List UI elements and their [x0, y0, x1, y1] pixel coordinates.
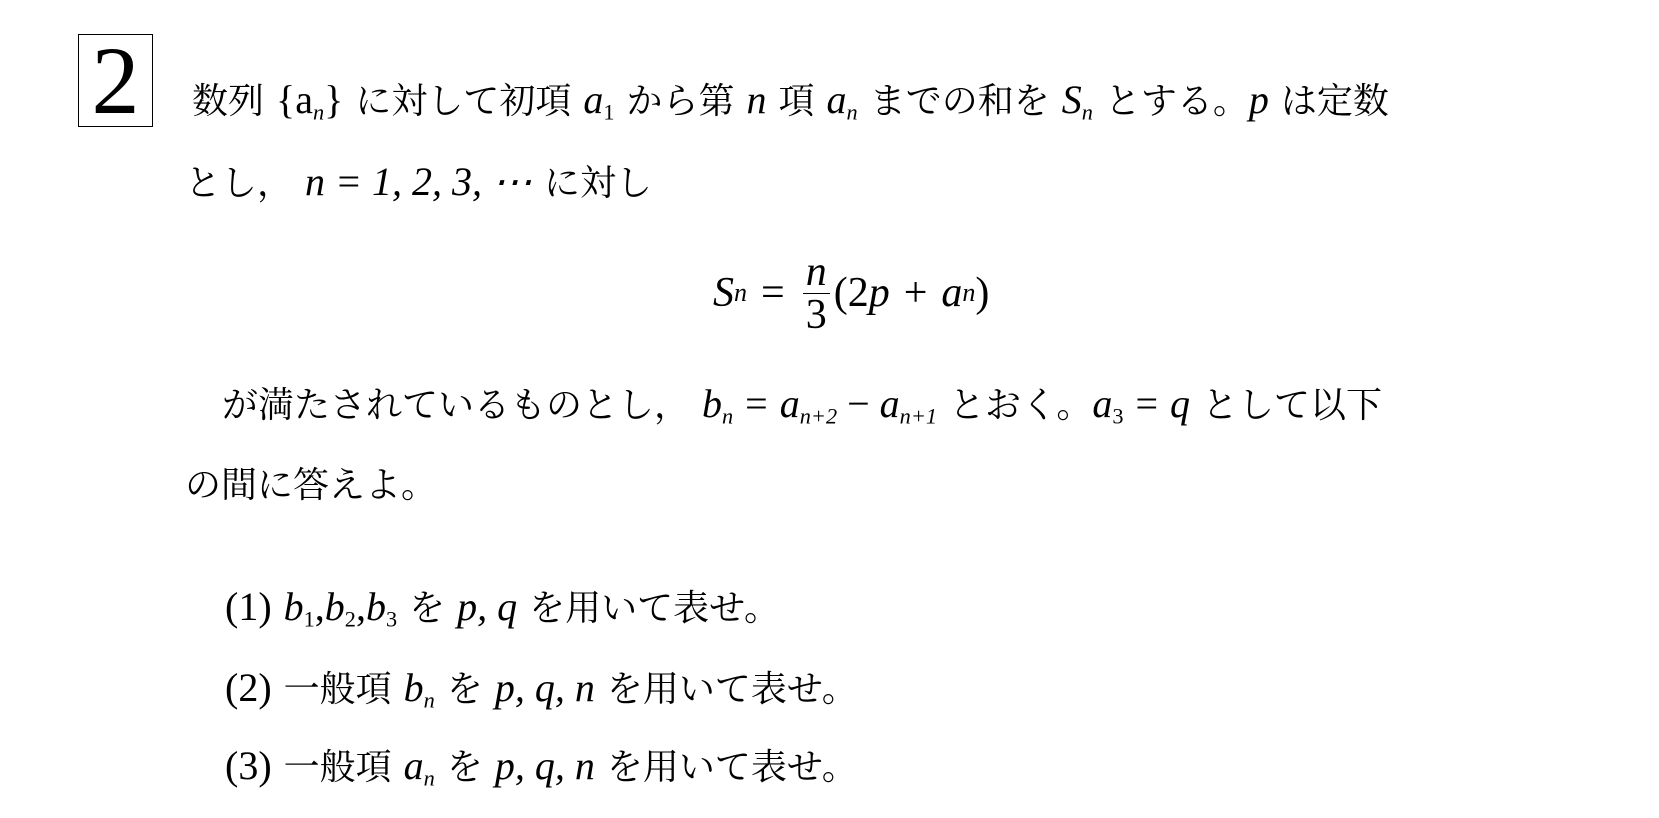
fraction-denominator: 3: [803, 294, 830, 336]
math-S: S: [1062, 77, 1082, 122]
subscript: 1: [304, 607, 315, 632]
text: を用いて表せ。: [607, 747, 858, 788]
math-a: a: [583, 77, 603, 122]
math-vars: p, q: [457, 584, 517, 629]
math-a: a: [780, 381, 800, 426]
subscript: 1: [603, 100, 614, 125]
formula-lhs: S: [713, 269, 734, 317]
math-a: a: [880, 381, 900, 426]
text: に対して初項: [355, 81, 571, 122]
subscript: 3: [386, 607, 397, 632]
text: とする。: [1105, 81, 1249, 122]
text: 数列: [192, 81, 264, 122]
text: を: [447, 747, 483, 788]
plus-sign: +: [904, 269, 928, 317]
problem-number-box: 2: [78, 34, 153, 127]
equals-sign: =: [745, 381, 768, 426]
math-vars: p, q, n: [495, 743, 595, 788]
text: 一般項: [284, 669, 392, 710]
equals-sign: =: [1135, 381, 1158, 426]
question-1: (1)b1,b2,b3をp, qを用いて表せ。: [225, 585, 780, 629]
math-b: b: [702, 381, 722, 426]
math-vars: p, q, n: [495, 665, 595, 710]
text: を用いて表せ。: [607, 669, 858, 710]
math-n-range: n = 1, 2, 3, ⋯: [305, 159, 532, 204]
subscript: n: [1082, 100, 1093, 125]
text: の間に答えよ。: [185, 465, 437, 506]
intro-line-1: 数列{an}に対して初項a1から第n項anまでの和をSnとする。pは定数: [192, 78, 1389, 122]
text: までの和を: [870, 81, 1050, 122]
display-formula: Sn = n 3 (2p + an): [713, 245, 989, 341]
question-label: (3): [225, 743, 272, 788]
math-b: b: [325, 584, 345, 629]
text: とおく。: [949, 385, 1092, 426]
subscript: n+1: [900, 404, 937, 429]
formula-rhs-open: (2: [834, 269, 869, 317]
text: を: [447, 669, 483, 710]
subscript: n+2: [800, 404, 837, 429]
math-a: a: [404, 743, 424, 788]
fraction: n 3: [803, 251, 830, 336]
math-p: p: [1249, 77, 1269, 122]
formula-p: p: [869, 269, 890, 317]
formula-a: a: [941, 269, 962, 317]
subscript: n: [424, 766, 435, 791]
question-2: (2)一般項bnをp, q, nを用いて表せ。: [225, 666, 858, 710]
math-seq-close: }: [324, 77, 343, 122]
math-an: a: [827, 77, 847, 122]
question-label: (1): [225, 584, 272, 629]
text: 項: [779, 81, 815, 122]
subscript: n: [722, 404, 733, 429]
math-a: a: [1092, 381, 1112, 426]
fraction-numerator: n: [803, 251, 830, 293]
equals-sign: =: [761, 269, 785, 317]
text: から第: [627, 81, 735, 122]
minus-sign: −: [847, 381, 870, 426]
formula-rhs-close: ): [975, 269, 989, 317]
problem-number: 2: [92, 33, 140, 129]
math-n: n: [747, 77, 767, 122]
text: として以下: [1202, 385, 1382, 426]
math-b: b: [404, 665, 424, 710]
text: を用いて表せ。: [529, 588, 780, 629]
intro-line-2: とし，n = 1, 2, 3, ⋯に対し: [185, 160, 652, 204]
condition-line-3: が満たされているものとし，bn=an+2−an+1とおく。a3=qとして以下: [222, 382, 1382, 426]
condition-line-4: の間に答えよ。: [185, 464, 437, 508]
text: とし，: [185, 163, 293, 204]
math-q: q: [1170, 381, 1190, 426]
subscript: 2: [345, 607, 356, 632]
text: 一般項: [284, 747, 392, 788]
subscript: 3: [1112, 404, 1123, 429]
subscript: n: [424, 688, 435, 713]
question-3: (3)一般項anをp, q, nを用いて表せ。: [225, 744, 858, 788]
text: に対し: [544, 163, 652, 204]
math-b: b: [284, 584, 304, 629]
text: が満たされているものとし，: [222, 385, 690, 426]
math-seq-open: {a: [276, 77, 313, 122]
text: を: [409, 588, 445, 629]
math-b: b: [366, 584, 386, 629]
subscript: n: [313, 100, 324, 125]
text: は定数: [1281, 81, 1389, 122]
question-label: (2): [225, 665, 272, 710]
subscript: n: [847, 100, 858, 125]
